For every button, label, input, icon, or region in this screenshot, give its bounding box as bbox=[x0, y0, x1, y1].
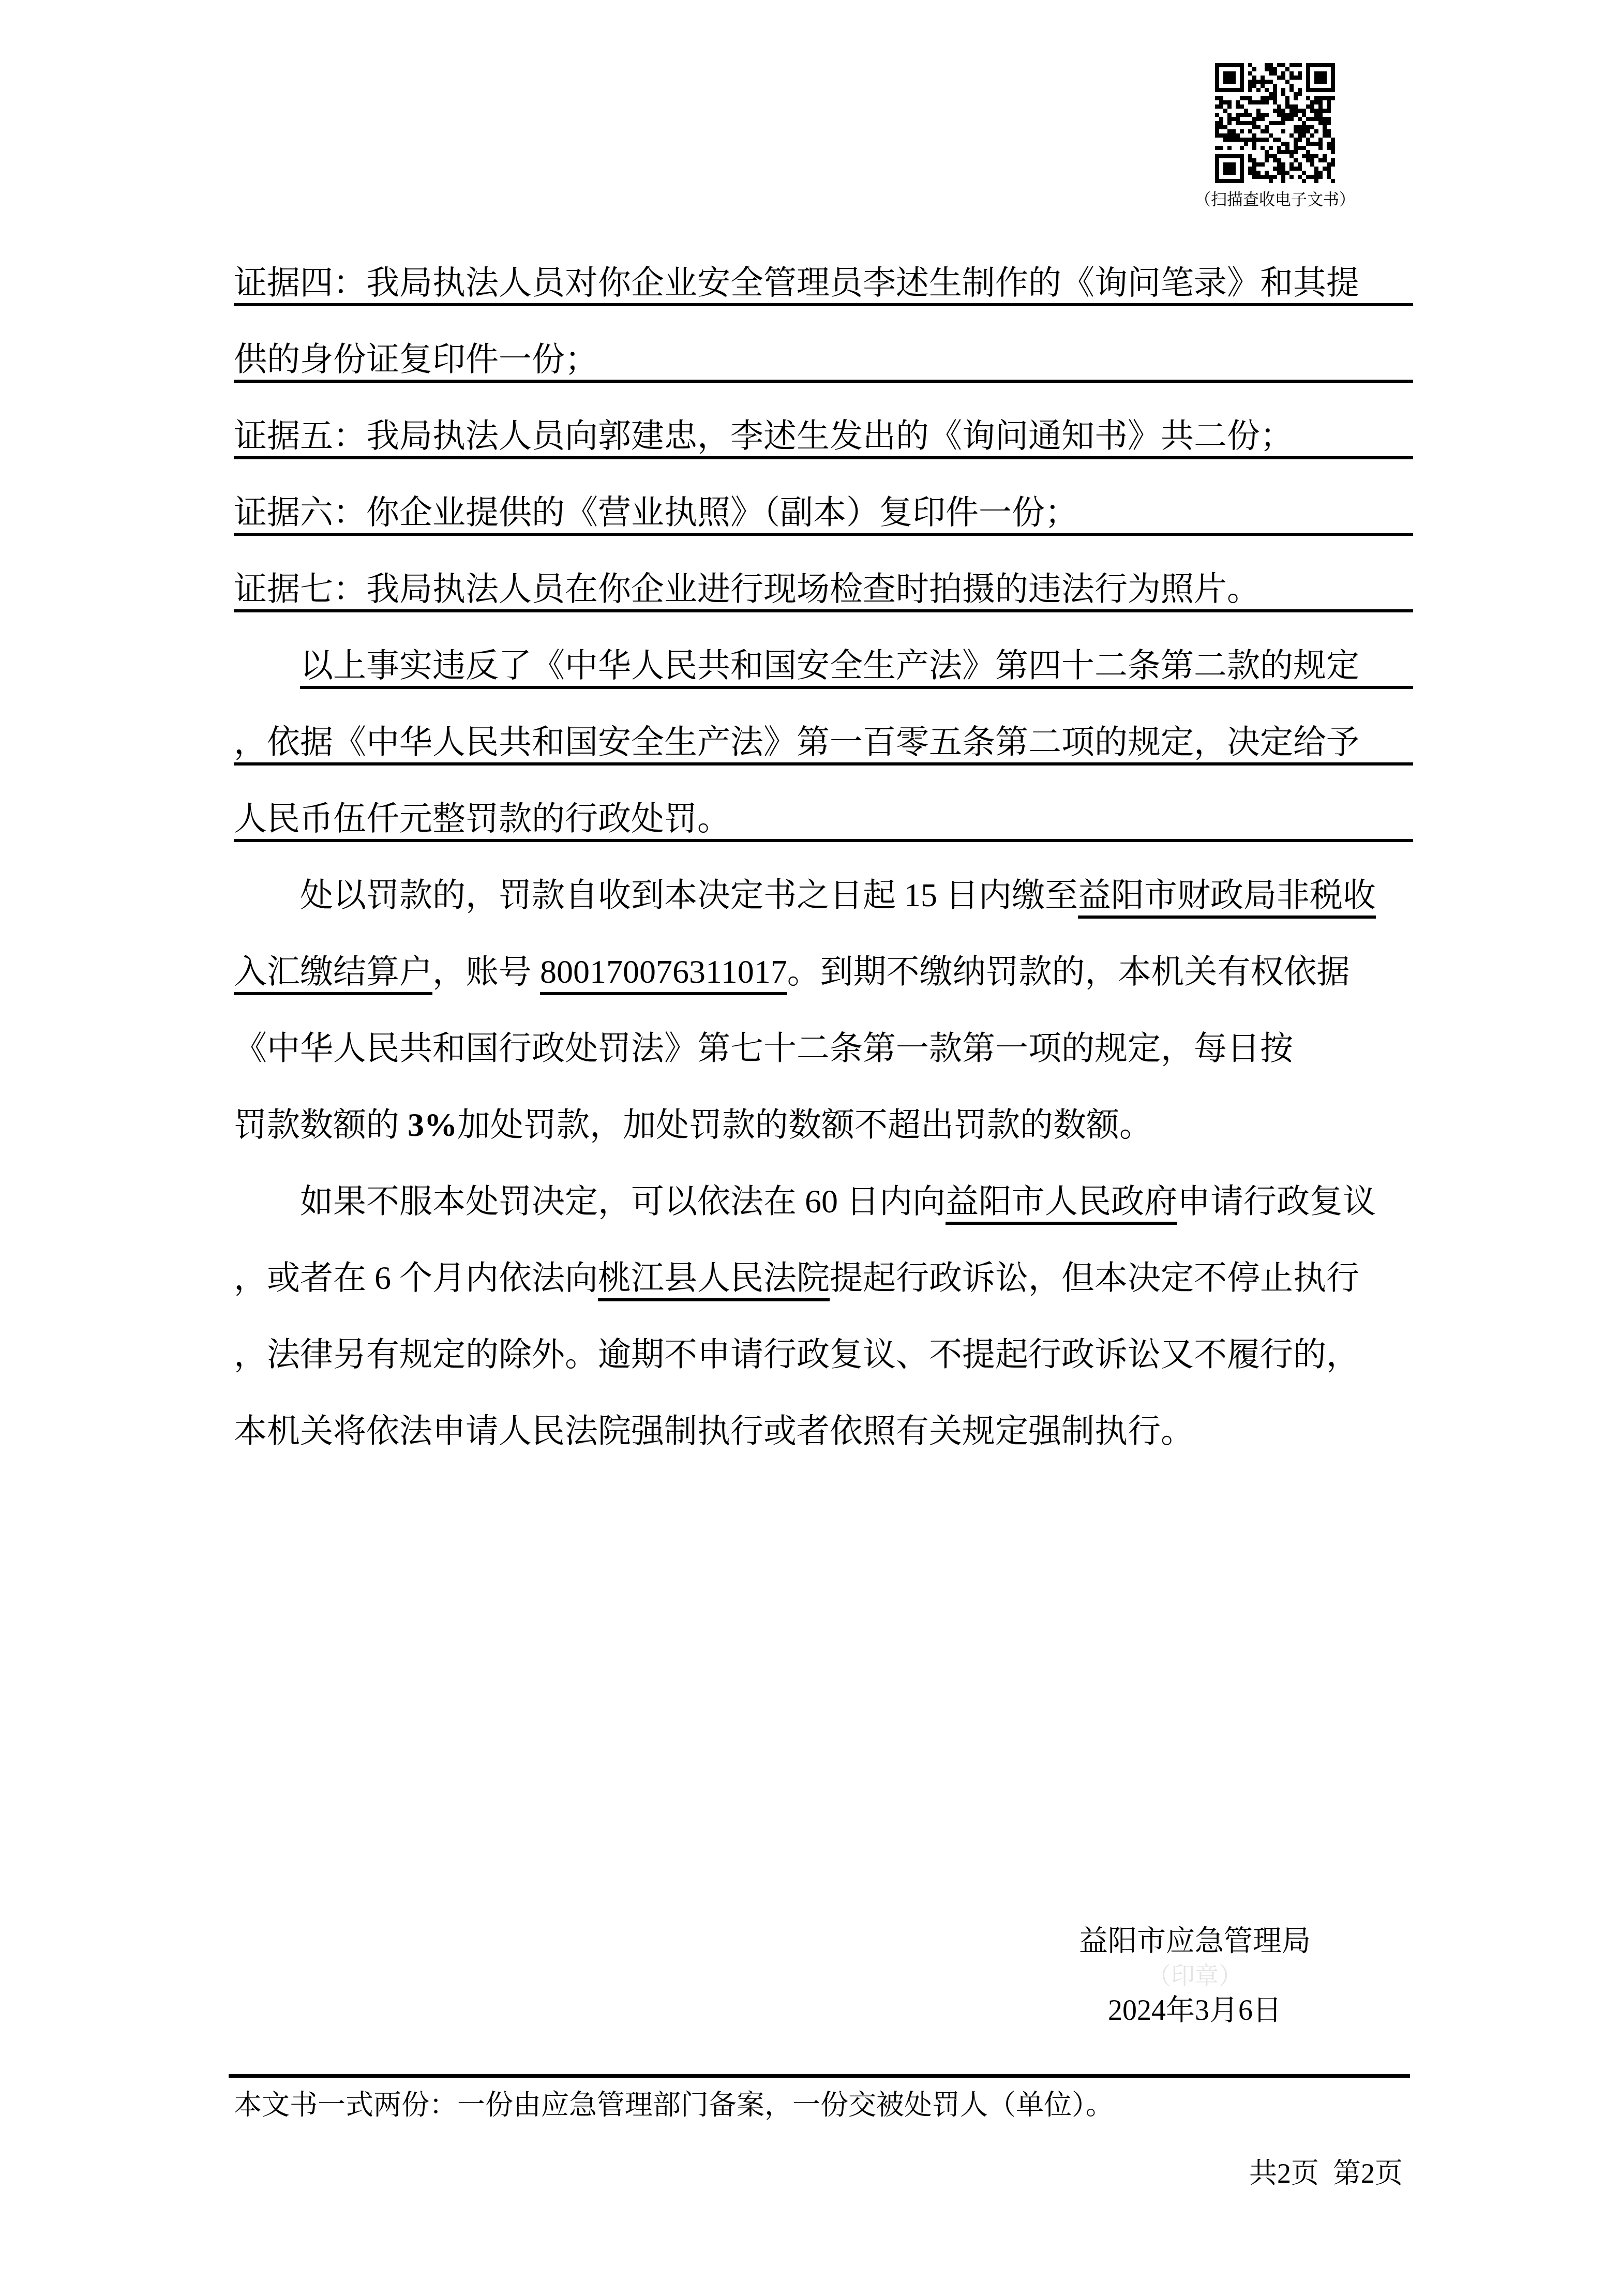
body-line: 以上事实违反了《中华人民共和国安全生产法》第四十二条第二款的规定 bbox=[234, 648, 1413, 724]
text-segment: ，账号 bbox=[432, 954, 540, 992]
text-segment: ，法律另有规定的除外。逾期不申请行政复议、不提起行政诉讼又不履行的， bbox=[234, 1337, 1359, 1375]
text-segment: 《中华人民共和国行政处罚法》第七十二条第一款第一项的规定，每日按 bbox=[234, 1030, 1293, 1069]
body-line: ，依据《中华人民共和国安全生产法》第一百零五条第二项的规定，决定给予 bbox=[234, 724, 1413, 801]
underlined-text: 证据四：我局执法人员对你企业安全管理员李述生制作的《询问笔录》和其提 bbox=[234, 265, 1359, 306]
text-segment: 罚款数额的 bbox=[234, 1107, 408, 1145]
underline-extension bbox=[730, 801, 1413, 842]
decision-date: 2024年3月6日 bbox=[1108, 1993, 1282, 2028]
underlined-text: 供的身份证复印件一份； bbox=[234, 341, 598, 383]
footer-note: 本文书一式两份：一份由应急管理部门备案，一份交被处罚人（单位）。 bbox=[234, 2089, 1114, 2122]
text-segment: ，或者在 6 个月内依法向 bbox=[234, 1260, 598, 1298]
underline-extension bbox=[1359, 265, 1413, 306]
issuing-authority: 益阳市应急管理局 bbox=[1079, 1924, 1311, 1958]
underlined-text: 800170076311017 bbox=[540, 954, 787, 995]
underline-extension bbox=[598, 341, 1413, 383]
text-segment: 申请行政复议 bbox=[1177, 1183, 1376, 1222]
body-line: 证据六：你企业提供的《营业执照》（副本）复印件一份； bbox=[234, 494, 1413, 571]
underline-extension bbox=[1359, 724, 1413, 766]
qr-caption: （扫描查收电子文书） bbox=[1154, 190, 1396, 209]
text-segment: 本机关将依法申请人民法院强制执行或者依照有关规定强制执行。 bbox=[234, 1413, 1194, 1451]
signature-block: 益阳市应急管理局 （印章） 2024年3月6日 bbox=[1009, 1924, 1381, 2028]
body-line: 处以罚款的，罚款自收到本决定书之日起 15 日内缴至益阳市财政局非税收 bbox=[234, 877, 1413, 954]
underlined-text: 证据五：我局执法人员向郭建忠，李述生发出的《询问通知书》共二份； bbox=[234, 418, 1293, 459]
seal-placeholder: （印章） bbox=[1147, 1962, 1242, 1989]
body-line: 如果不服本处罚决定，可以依法在 60 日内向益阳市人民政府申请行政复议 bbox=[234, 1183, 1413, 1260]
underlined-text: 益阳市人民政府 bbox=[946, 1183, 1177, 1225]
body-line: 证据四：我局执法人员对你企业安全管理员李述生制作的《询问笔录》和其提 bbox=[234, 265, 1413, 341]
underlined-text: 入汇缴结算户 bbox=[234, 954, 432, 995]
underline-extension bbox=[1078, 494, 1413, 536]
body-line: 人民币伍仟元整罚款的行政处罚。 bbox=[234, 801, 1413, 877]
body-line: ，或者在 6 个月内依法向桃江县人民法院提起行政诉讼，但本决定不停止执行 bbox=[234, 1260, 1413, 1337]
qr-block: （扫描查收电子文书） bbox=[1154, 63, 1396, 209]
body-line: 证据七：我局执法人员在你企业进行现场检查时拍摄的违法行为照片。 bbox=[234, 571, 1413, 648]
text-segment: 提起行政诉讼，但本决定不停止执行 bbox=[830, 1260, 1359, 1298]
underline-extension bbox=[1359, 648, 1413, 689]
qr-code bbox=[1215, 63, 1335, 183]
underlined-text: 以上事实违反了《中华人民共和国安全生产法》第四十二条第二款的规定 bbox=[300, 648, 1359, 689]
body-line: ，法律另有规定的除外。逾期不申请行政复议、不提起行政诉讼又不履行的， bbox=[234, 1337, 1413, 1413]
body-line: 入汇缴结算户，账号 800170076311017。到期不缴纳罚款的，本机关有权… bbox=[234, 954, 1413, 1030]
underlined-text: 证据六：你企业提供的《营业执照》（副本）复印件一份； bbox=[234, 494, 1078, 536]
text-segment: 加处罚款，加处罚款的数额不超出罚款的数额。 bbox=[457, 1107, 1152, 1145]
underlined-text: 益阳市财政局非税收 bbox=[1078, 877, 1376, 919]
footer-divider bbox=[229, 2074, 1410, 2078]
body-line: 本机关将依法申请人民法院强制执行或者依照有关规定强制执行。 bbox=[234, 1413, 1413, 1490]
text-segment: 。到期不缴纳罚款的，本机关有权依据 bbox=[787, 954, 1350, 992]
text-segment: 如果不服本处罚决定，可以依法在 60 日内向 bbox=[300, 1183, 946, 1222]
underlined-text: 桃江县人民法院 bbox=[598, 1260, 830, 1301]
underlined-text: ，依据《中华人民共和国安全生产法》第一百零五条第二项的规定，决定给予 bbox=[234, 724, 1359, 766]
penalty-decision-page: { "qr": { "caption": "（扫描查收电子文书）" }, "bo… bbox=[0, 0, 1620, 2296]
text-segment: 处以罚款的，罚款自收到本决定书之日起 15 日内缴至 bbox=[300, 877, 1078, 916]
body-line: 罚款数额的 3%加处罚款，加处罚款的数额不超出罚款的数额。 bbox=[234, 1107, 1413, 1183]
underlined-text: 人民币伍仟元整罚款的行政处罚。 bbox=[234, 801, 730, 842]
text-segment: 3% bbox=[408, 1107, 457, 1145]
document-body: 证据四：我局执法人员对你企业安全管理员李述生制作的《询问笔录》和其提供的身份证复… bbox=[234, 265, 1413, 1490]
page-indicator: 共2页 第2页 bbox=[234, 2157, 1403, 2190]
body-line: 《中华人民共和国行政处罚法》第七十二条第一款第一项的规定，每日按 bbox=[234, 1030, 1413, 1107]
underline-extension bbox=[1293, 418, 1413, 459]
body-line: 供的身份证复印件一份； bbox=[234, 341, 1413, 418]
body-line: 证据五：我局执法人员向郭建忠，李述生发出的《询问通知书》共二份； bbox=[234, 418, 1413, 494]
underlined-text: 证据七：我局执法人员在你企业进行现场检查时拍摄的违法行为照片。 bbox=[234, 571, 1260, 612]
underline-extension bbox=[1260, 571, 1413, 612]
